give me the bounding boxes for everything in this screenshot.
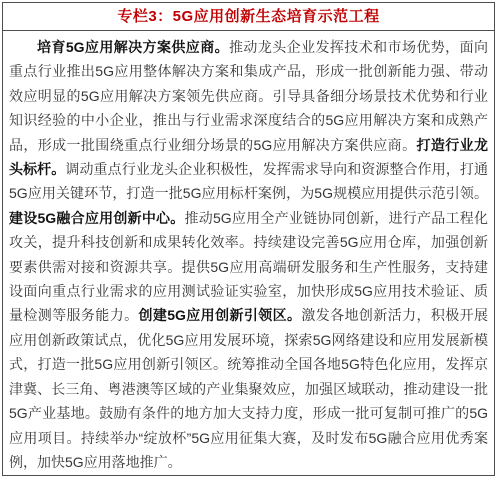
body-text-run: 激发各地创新活力，积极开展应用创新政策试点，优化5G应用发展环境，探索5G网络建…	[9, 307, 488, 469]
bold-run-in-heading: 建设5G融合应用创新中心。	[9, 210, 185, 226]
column-title: 专栏3：5G应用创新生态培育示范工程	[3, 3, 494, 31]
body-text-run: 推动龙头企业发挥技术和市场优势，面向重点行业推出5G应用整体解决方案和集成产品，…	[9, 39, 488, 153]
bold-run-in-heading: 培育5G应用解决方案供应商。	[37, 39, 229, 55]
column-box: 专栏3：5G应用创新生态培育示范工程 培育5G应用解决方案供应商。推动龙头企业发…	[2, 2, 495, 476]
column-body: 培育5G应用解决方案供应商。推动龙头企业发挥技术和市场优势，面向重点行业推出5G…	[3, 31, 494, 478]
bold-run-in-heading: 创建5G应用创新引领区。	[138, 307, 301, 323]
body-paragraph: 培育5G应用解决方案供应商。推动龙头企业发挥技术和市场优势，面向重点行业推出5G…	[9, 35, 488, 474]
body-text-run: 调动重点行业龙头企业积极性，发挥需求导向和资源整合作用，打通5G应用关键环节，打…	[9, 161, 488, 201]
document-page: 专栏3：5G应用创新生态培育示范工程 培育5G应用解决方案供应商。推动龙头企业发…	[0, 0, 500, 484]
